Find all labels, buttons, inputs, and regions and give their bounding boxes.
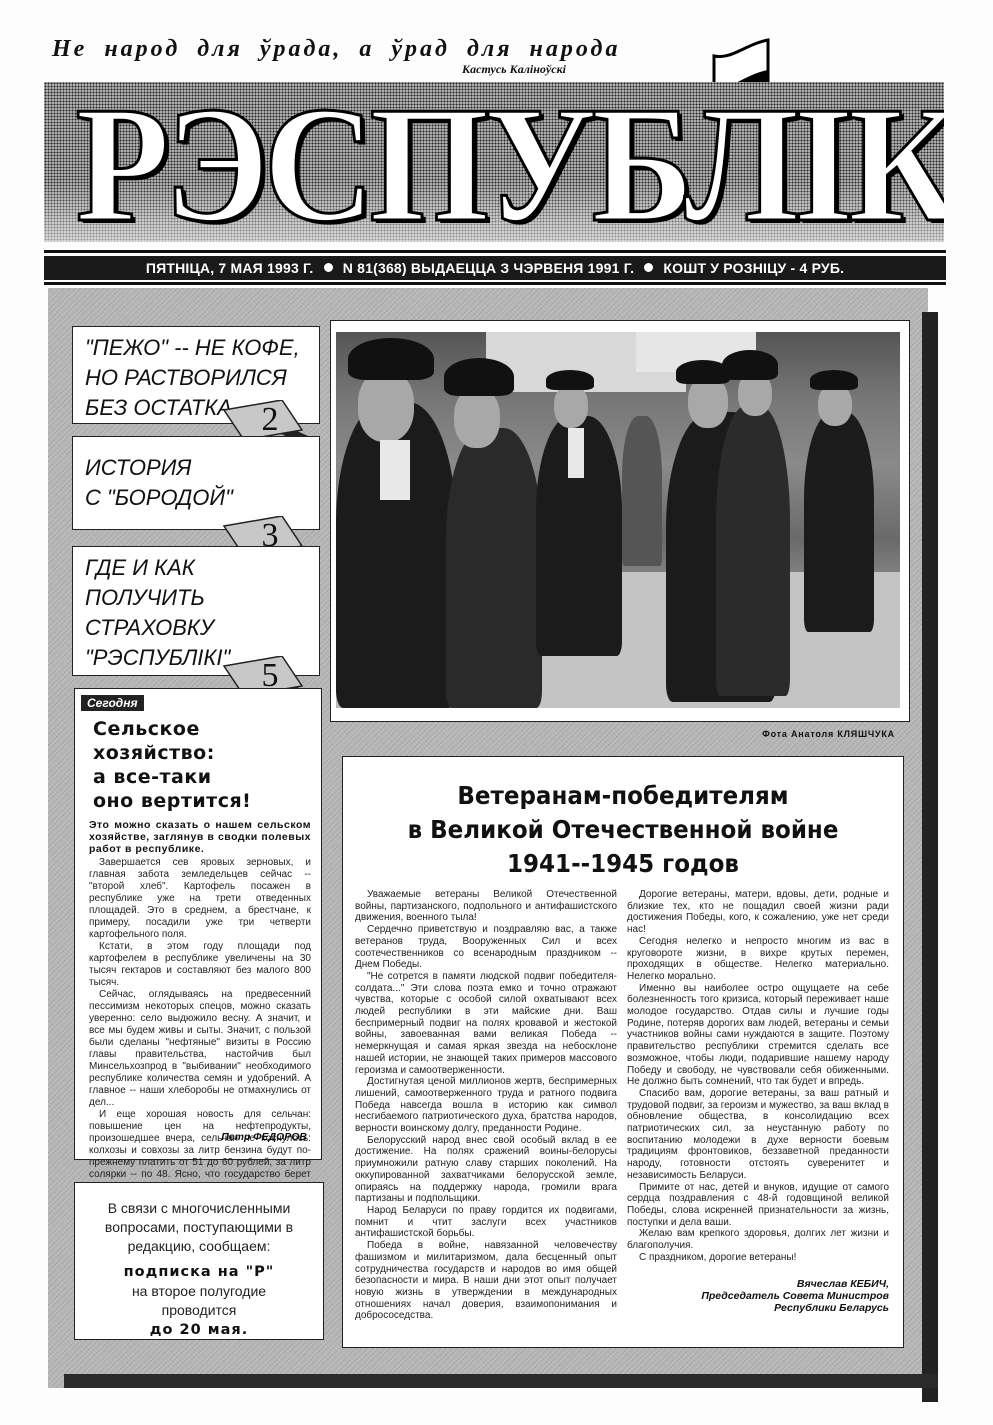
teaser-text: ГДЕ И КАК ПОЛУЧИТЬ СТРАХОВКУ "РЭСПУБЛІКІ… bbox=[73, 547, 319, 673]
price: КОШТ У РОЗНІЦУ - 4 РУБ. bbox=[663, 260, 844, 276]
bullet-icon bbox=[644, 263, 653, 272]
newspaper-title: РЭСПУБЛІКА bbox=[76, 84, 913, 242]
panel-shadow bbox=[922, 312, 938, 1402]
rule bbox=[44, 250, 946, 253]
byline: Петр ФЕДОРОВ bbox=[221, 1131, 307, 1143]
section-label: Сегодня bbox=[81, 695, 144, 711]
paragraph: С праздником, дорогие ветераны! bbox=[627, 1252, 889, 1264]
motto: Не народ для ўрада, а ўрад для народа bbox=[52, 36, 620, 63]
notice-highlight: подписка на "Р" bbox=[75, 1262, 323, 1282]
today-headline[interactable]: Сельское хозяйство: а все-таки оно верти… bbox=[93, 717, 313, 813]
notice-text: В связи с многочисленными bbox=[75, 1199, 323, 1218]
article-column-left: Уважаемые ветераны Великой Отечественной… bbox=[355, 889, 617, 1322]
panel-shadow bbox=[64, 1374, 938, 1388]
today-body: Завершается сев яровых зерновых, и главн… bbox=[89, 857, 311, 1205]
paragraph: Сейчас, оглядываясь на предвесенний песс… bbox=[89, 989, 311, 1109]
bullet-icon bbox=[324, 263, 333, 272]
motto-author: Кастусь Каліноўскі bbox=[462, 62, 566, 77]
issue-date: ПЯТНІЦА, 7 МАЯ 1993 Г. bbox=[146, 260, 314, 276]
paragraph: Дорогие ветераны, матери, вдовы, дети, р… bbox=[627, 889, 889, 936]
teaser-text: ИСТОРИЯ С "БОРОДОЙ" bbox=[73, 437, 319, 513]
page-number: 2 bbox=[250, 402, 290, 438]
paragraph: Именно вы наиболее остро ощущаете на себ… bbox=[627, 983, 889, 1088]
paragraph: Желаю вам крепкого здоровья, долгих лет … bbox=[627, 1228, 889, 1251]
rule bbox=[44, 282, 946, 285]
notice-text: редакцию, сообщаем: bbox=[75, 1237, 323, 1256]
today-lead: Это можно сказать о нашем сельском хозяй… bbox=[89, 819, 311, 855]
paragraph: Народ Беларуси по праву гордится их подв… bbox=[355, 1205, 617, 1240]
signature-title: Республики Беларусь bbox=[627, 1302, 889, 1314]
masthead: РЭСПУБЛІКА bbox=[44, 82, 944, 242]
veterans-photo[interactable] bbox=[336, 332, 900, 708]
article-title[interactable]: Ветеранам-победителям в Великой Отечеств… bbox=[365, 779, 880, 881]
paragraph: Сегодня нелегко и непросто многим из вас… bbox=[627, 936, 889, 983]
signature-name: Вячеслав КЕБИЧ, bbox=[627, 1278, 889, 1290]
paragraph: Победа в войне, навязанной человечеству … bbox=[355, 1240, 617, 1322]
notice-deadline: до 20 мая. bbox=[75, 1320, 323, 1340]
paragraph: Кстати, в этом году площади под картофел… bbox=[89, 941, 311, 989]
signature-title: Председатель Совета Министров bbox=[627, 1290, 889, 1302]
paragraph: Примите от нас, детей и внуков, идущие о… bbox=[627, 1182, 889, 1229]
paragraph: Сердечно приветствую и поздравляю вас, а… bbox=[355, 924, 617, 971]
page-tab-2[interactable]: 2 bbox=[220, 400, 314, 440]
notice-text: вопросами, поступающими в bbox=[75, 1218, 323, 1237]
article-column-right: Дорогие ветераны, матери, вдовы, дети, р… bbox=[627, 889, 889, 1314]
photo-credit: Фота Анатоля КЛЯШЧУКА bbox=[762, 729, 895, 739]
notice-text: на второе полугодие bbox=[75, 1282, 323, 1301]
notice-text: проводится bbox=[75, 1301, 323, 1320]
paragraph: Уважаемые ветераны Великой Отечественной… bbox=[355, 889, 617, 924]
signature: Вячеслав КЕБИЧ, Председатель Совета Мини… bbox=[627, 1278, 889, 1314]
dateline: ПЯТНІЦА, 7 МАЯ 1993 Г. N 81(368) ВЫДАЕЦЦ… bbox=[44, 256, 946, 280]
issue-number: N 81(368) ВЫДАЕЦЦА З ЧЭРВЕНЯ 1991 Г. bbox=[343, 260, 634, 276]
paragraph: Завершается сев яровых зерновых, и главн… bbox=[89, 857, 311, 941]
paragraph: "Не сотрется в памяти людской подвиг поб… bbox=[355, 971, 617, 1076]
paragraph: Спасибо вам, дорогие ветераны, за ваш ра… bbox=[627, 1088, 889, 1182]
today-article: Сегодня Сельское хозяйство: а все-таки о… bbox=[74, 688, 322, 1160]
paragraph: Достигнутая ценой миллионов жертв, беспр… bbox=[355, 1076, 617, 1135]
subscription-notice: В связи с многочисленными вопросами, пос… bbox=[74, 1182, 324, 1340]
paragraph: Белорусский народ внес свой особый вклад… bbox=[355, 1135, 617, 1205]
main-article: Ветеранам-победителям в Великой Отечеств… bbox=[342, 756, 904, 1348]
